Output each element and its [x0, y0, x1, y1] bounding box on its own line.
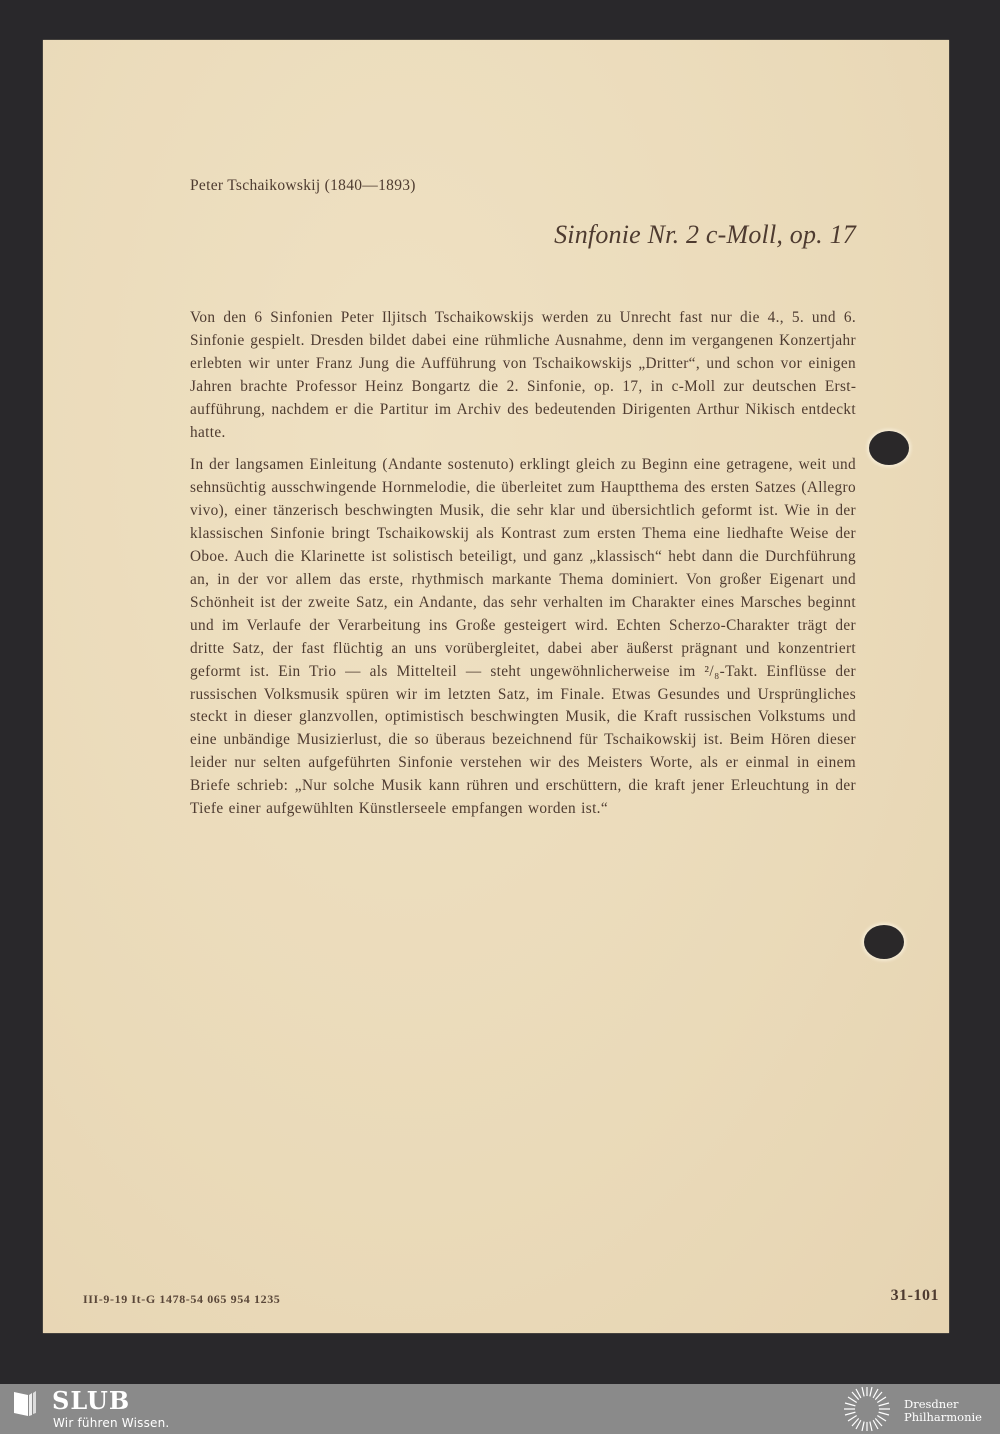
slub-brand: SLUB	[52, 1386, 130, 1415]
print-code: III-9-19 It-G 1478-54 065 954 1235	[83, 1292, 280, 1307]
dresdner-philharmonie-name: Dresdner Philharmonie	[904, 1398, 982, 1424]
page-number: 31-101	[891, 1287, 939, 1305]
composer-heading: Peter Tschaikowskij (1840—1893)	[190, 177, 416, 195]
punch-hole	[869, 431, 909, 465]
document-page: Peter Tschaikowskij (1840—1893) Sinfonie…	[43, 40, 949, 1333]
footer-bar: SLUB Wir führen Wissen.	[0, 1384, 1000, 1434]
punch-hole	[864, 925, 904, 959]
sunburst-icon	[842, 1386, 892, 1432]
paragraph: In der langsamen Einleitung (Andante sos…	[190, 454, 856, 821]
slub-tagline: Wir führen Wissen.	[53, 1416, 169, 1430]
page-title: Sinfonie Nr. 2 c-Moll, op. 17	[554, 220, 856, 250]
body-text: Von den 6 Sinfonien Peter Iljitsch Tscha…	[190, 307, 856, 831]
paragraph: Von den 6 Sinfonien Peter Iljitsch Tscha…	[190, 307, 856, 444]
book-icon	[12, 1389, 40, 1417]
